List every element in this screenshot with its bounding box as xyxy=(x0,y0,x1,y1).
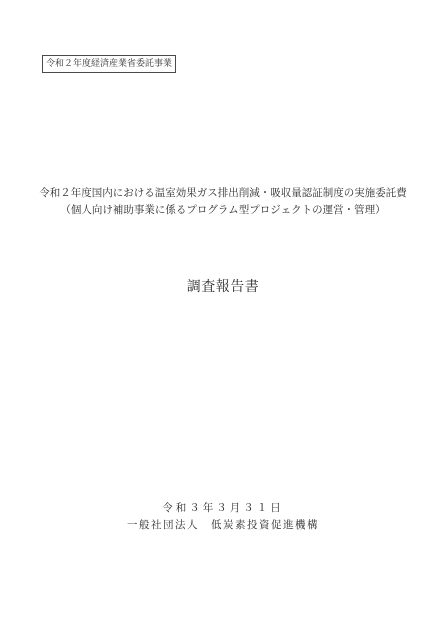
project-subtitle-line2: （個人向け補助事業に係るプログラム型プロジェクトの運営・管理） xyxy=(0,203,446,220)
commission-project-box: 令和２年度経済産業省委託事業 xyxy=(42,55,176,73)
organization-name: 一般社団法人 低炭素投資促進機構 xyxy=(0,519,446,533)
footer-block: 令和３年３月３１日 一般社団法人 低炭素投資促進機構 xyxy=(0,502,446,533)
project-subtitle: 令和２年度国内における温室効果ガス排出削減・吸収量認証制度の実施委託費 （個人向… xyxy=(0,186,446,219)
project-subtitle-line1: 令和２年度国内における温室効果ガス排出削減・吸収量認証制度の実施委託費 xyxy=(0,186,446,203)
commission-project-label: 令和２年度経済産業省委託事業 xyxy=(46,58,172,68)
report-title: 調査報告書 xyxy=(0,276,446,296)
report-date: 令和３年３月３１日 xyxy=(0,502,446,516)
report-cover-page: 令和２年度経済産業省委託事業 令和２年度国内における温室効果ガス排出削減・吸収量… xyxy=(0,0,446,630)
